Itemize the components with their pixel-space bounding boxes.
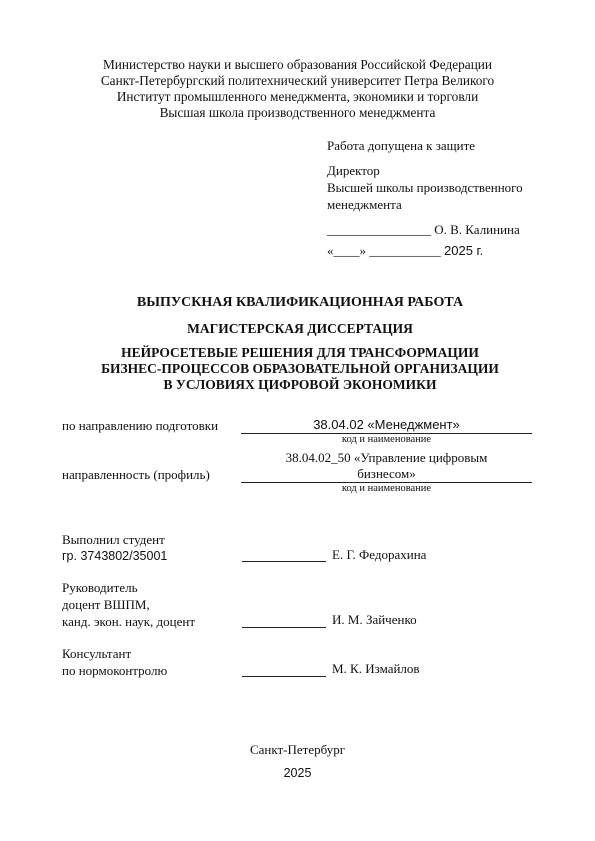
institute-line: Институт промышленного менеджмента, экон… — [0, 89, 595, 105]
date-year: 2025 г. — [444, 243, 483, 258]
profile-value-line-1: 38.04.02_50 «Управление цифровым — [241, 450, 532, 466]
school-line: Высшая школа производственного менеджмен… — [0, 105, 595, 121]
ministry-line: Министерство науки и высшего образования… — [0, 57, 595, 73]
approval-date-row: «____» ___________ 2025 г. — [327, 242, 523, 259]
university-line: Санкт-Петербургский политехнический унив… — [0, 73, 595, 89]
student-signature-line — [242, 561, 326, 562]
profile-value-line-2: бизнесом» — [241, 466, 532, 482]
supervisor-role: Руководитель доцент ВШПМ, канд. экон. на… — [62, 579, 195, 630]
approval-block: Работа допущена к защите Директор Высшей… — [327, 137, 523, 259]
topic-line-2: БИЗНЕС-ПРОЦЕССОВ ОБРАЗОВАТЕЛЬНОЙ ОРГАНИЗ… — [0, 361, 595, 377]
direction-value: 38.04.02 «Менеджмент» — [241, 417, 532, 433]
footer-city: Санкт-Петербург — [0, 742, 595, 758]
consultant-name: М. К. Измайлов — [332, 661, 420, 677]
director-school-cont: менеджмента — [327, 196, 523, 213]
topic-title: НЕЙРОСЕТЕВЫЕ РЕШЕНИЯ ДЛЯ ТРАНСФОРМАЦИИ Б… — [0, 345, 595, 393]
director-school: Высшей школы производственного — [327, 179, 523, 196]
consultant-role-line-1: Консультант — [62, 645, 167, 662]
direction-label: по направлению подготовки — [62, 417, 218, 434]
consultant-role-line-2: по нормоконтролю — [62, 662, 167, 679]
admitted-text: Работа допущена к защите — [327, 137, 523, 154]
student-name: Е. Г. Федорахина — [332, 547, 426, 563]
student-role-line-1: Выполнил студент — [62, 531, 167, 548]
student-role: Выполнил студент гр. 3743802/35001 — [62, 531, 167, 565]
topic-line-3: В УСЛОВИЯХ ЦИФРОВОЙ ЭКОНОМИКИ — [0, 377, 595, 393]
supervisor-role-line-1: Руководитель — [62, 579, 195, 596]
supervisor-name: И. М. Зайченко — [332, 612, 417, 628]
director-title: Директор — [327, 162, 523, 179]
profile-value: 38.04.02_50 «Управление цифровым бизнесо… — [241, 450, 532, 482]
footer-year: 2025 — [0, 766, 595, 780]
profile-hint: код и наименование — [241, 483, 532, 494]
director-signature-row: ________________ О. В. Калинина — [327, 221, 523, 238]
director-name: О. В. Калинина — [434, 222, 520, 237]
supervisor-signature-line — [242, 627, 326, 628]
profile-label: направленность (профиль) — [62, 466, 210, 483]
consultant-role: Консультант по нормоконтролю — [62, 645, 167, 679]
topic-line-1: НЕЙРОСЕТЕВЫЕ РЕШЕНИЯ ДЛЯ ТРАНСФОРМАЦИИ — [0, 345, 595, 361]
student-group: гр. 3743802/35001 — [62, 548, 167, 565]
consultant-signature-line — [242, 676, 326, 677]
direction-value-text: 38.04.02 «Менеджмент» — [313, 417, 460, 432]
supervisor-role-line-3: канд. экон. наук, доцент — [62, 613, 195, 630]
work-subtype-title: МАГИСТЕРСКАЯ ДИССЕРТАЦИЯ — [0, 321, 595, 337]
date-month-blank: ___________ — [369, 243, 441, 258]
institution-header: Министерство науки и высшего образования… — [0, 57, 595, 121]
supervisor-role-line-2: доцент ВШПМ, — [62, 596, 195, 613]
date-day-blank: «____» — [327, 243, 366, 258]
direction-hint: код и наименование — [241, 434, 532, 445]
signature-blank: ________________ — [327, 222, 431, 237]
work-type-title: ВЫПУСКНАЯ КВАЛИФИКАЦИОННАЯ РАБОТА — [0, 295, 595, 311]
